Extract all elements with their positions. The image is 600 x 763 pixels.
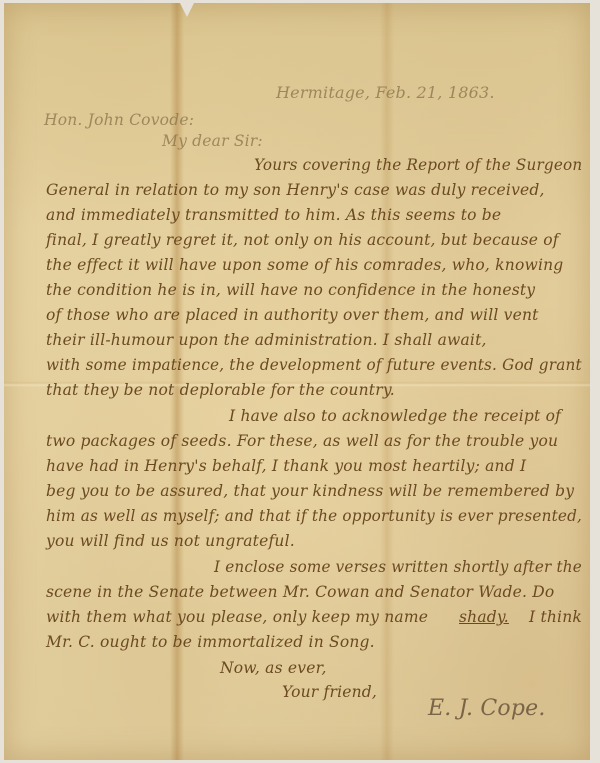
closing-now-as-ever: Now, as ever, (220, 659, 327, 677)
letter-line: I enclose some verses written shortly af… (214, 558, 582, 576)
letter-line: I have also to acknowledge the receipt o… (229, 407, 561, 425)
letter-line: and immediately transmitted to him. As t… (46, 206, 501, 224)
underlined-word: shady. (459, 608, 509, 626)
recipient: Hon. John Covode: (44, 111, 194, 129)
letter-line: Yours covering the Report of the Surgeon (254, 156, 582, 174)
letter-page: Hermitage, Feb. 21, 1863. Hon. John Covo… (4, 3, 590, 760)
signature: E. J. Cope. (428, 696, 546, 721)
letter-line: of those who are placed in authority ove… (46, 306, 539, 324)
letter-line: the condition he is in, will have no con… (46, 281, 535, 299)
letter-line: have had in Henry's behalf, I thank you … (46, 457, 526, 475)
letter-line: I think (529, 608, 582, 626)
letter-line: General in relation to my son Henry's ca… (46, 181, 545, 199)
letter-line: with them what you please, only keep my … (46, 608, 428, 626)
letter-line: their ill-humour upon the administration… (46, 331, 487, 349)
letter-line: the effect it will have upon some of his… (46, 256, 563, 274)
letter-line: Mr. C. ought to be immortalized in Song. (46, 633, 375, 651)
letter-line: beg you to be assured, that your kindnes… (46, 482, 574, 500)
salutation: My dear Sir: (162, 132, 263, 150)
letter-line: with some impatience, the development of… (46, 356, 582, 374)
paper-tear (180, 3, 194, 17)
letter-line: two packages of seeds. For these, as wel… (46, 432, 558, 450)
letter-line: you will find us not ungrateful. (46, 532, 295, 550)
dateline: Hermitage, Feb. 21, 1863. (276, 83, 495, 102)
letter-line: him as well as myself; and that if the o… (46, 507, 582, 525)
closing-your-friend: Your friend, (282, 683, 377, 701)
letter-line: scene in the Senate between Mr. Cowan an… (46, 583, 554, 601)
letter-line: final, I greatly regret it, not only on … (46, 231, 559, 249)
letter-line: that they be not deplorable for the coun… (46, 381, 395, 399)
